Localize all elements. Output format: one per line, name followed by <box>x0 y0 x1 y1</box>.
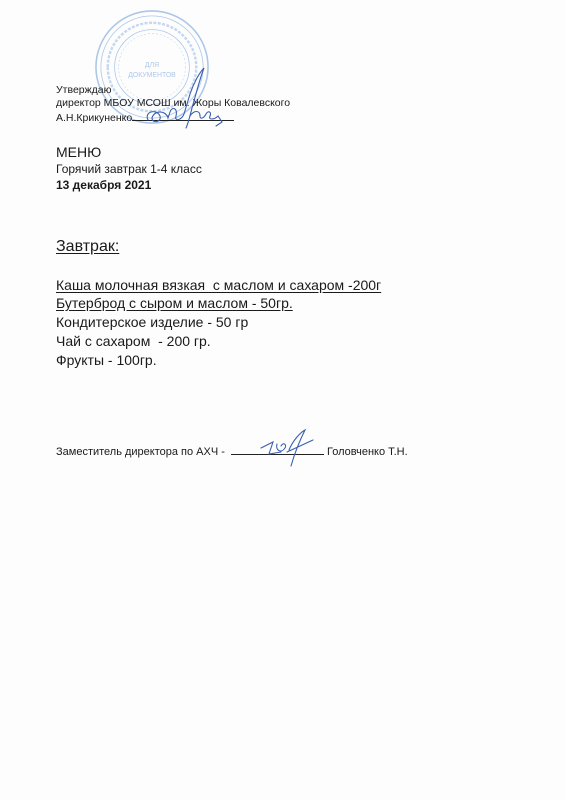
document-page: ДЛЯ ДОКУМЕНТОВ Утверждаю директор МБОУ М… <box>0 0 566 800</box>
deputy-signature-icon <box>255 428 319 468</box>
meal-title: Завтрак: <box>56 238 119 256</box>
meal-item: Кондитерское изделие - 50 гр <box>56 313 248 331</box>
menu-date: 13 декабря 2021 <box>56 178 151 192</box>
menu-title: МЕНЮ <box>56 144 101 160</box>
approval-label: Утверждаю <box>56 84 111 97</box>
meal-item: Фрукты - 100гр. <box>56 351 157 369</box>
deputy-signature-line: Заместитель директора по АХЧ - Головченк… <box>56 444 408 458</box>
menu-subtitle: Горячий завтрак 1-4 класс <box>56 162 202 176</box>
deputy-name: Головченко Т.Н. <box>327 446 408 458</box>
meal-item: Бутерброд с сыром и маслом - 50гр. <box>56 294 293 312</box>
deputy-position: Заместитель директора по АХЧ - <box>56 446 225 458</box>
approval-name: А.Н.Крикуненко <box>56 112 132 124</box>
director-signature-icon <box>138 64 228 130</box>
meal-item: Каша молочная вязкая с маслом и сахаром … <box>56 276 381 294</box>
meal-item: Чай с сахаром - 200 гр. <box>56 332 211 350</box>
